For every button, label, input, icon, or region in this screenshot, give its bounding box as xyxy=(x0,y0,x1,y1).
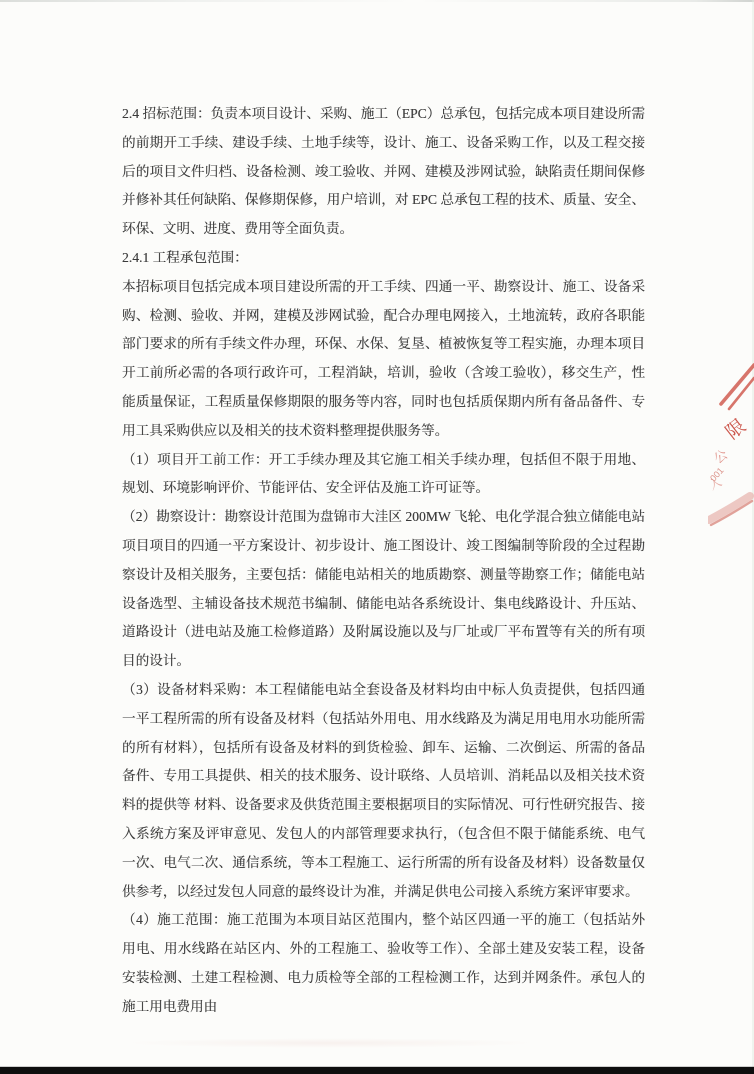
paragraph-6: （3）设备材料采购：本工程储能电站全套设备及材料均由中标人负责提供，包括四通一平… xyxy=(122,676,645,906)
paragraph-1: 2.4 招标范围：负责本项目设计、采购、施工（EPC）总承包，包括完成本项目建设… xyxy=(122,100,645,244)
svg-text:限: 限 xyxy=(722,415,751,444)
svg-text:公: 公 xyxy=(711,447,730,467)
seal-border-arc xyxy=(709,496,752,525)
document-body: 2.4 招标范围：负责本项目设计、采购、施工（EPC）总承包，包括完成本项目建设… xyxy=(122,100,645,1022)
red-seal-stamp-icon: 限 公 入 001 xyxy=(708,358,754,544)
scan-edge-bottom xyxy=(0,1067,754,1074)
paragraph-4: （1）项目开工前工作：开工手续办理及其它施工相关手续办理，包括但不限于用地、规划… xyxy=(122,446,645,504)
paragraph-2: 2.4.1 工程承包范围： xyxy=(122,244,645,273)
paragraph-7: （4）施工范围：施工范围为本项目站区范围内，整个站区四通一平的施工（包括站外用电… xyxy=(122,906,645,1021)
scanned-document-page: 2.4 招标范围：负责本项目设计、采购、施工（EPC）总承包，包括完成本项目建设… xyxy=(0,0,754,1074)
paragraph-5: （2）勘察设计：勘察设计范围为盘锦市大洼区 200MW 飞轮、电化学混合独立储能… xyxy=(122,503,645,676)
scan-edge-top xyxy=(0,0,754,2)
seal-ring-strokes xyxy=(721,365,754,409)
paragraph-3: 本招标项目包括完成本项目建设所需的开工手续、四通一平、勘察设计、施工、设备采购、… xyxy=(122,273,645,446)
scan-smudge xyxy=(120,1038,540,1048)
